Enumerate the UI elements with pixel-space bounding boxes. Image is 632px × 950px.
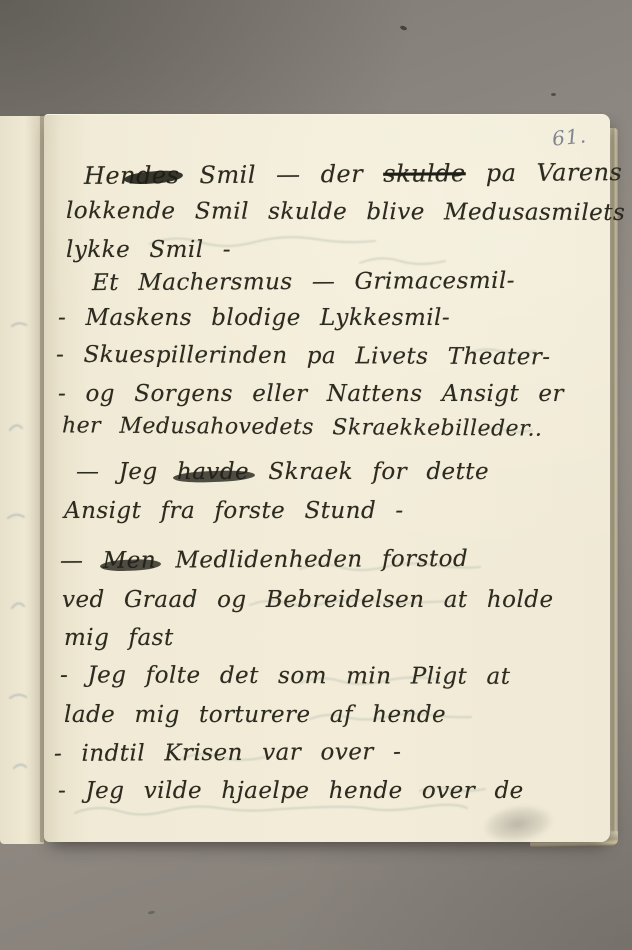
handwriting-segment: Skraek for dette xyxy=(249,459,489,485)
handwritten-line: lokkende Smil skulde blive Medusasmilets xyxy=(66,197,625,228)
handwritten-line: - Jeg vilde hjaelpe hende over de xyxy=(58,777,524,806)
handwritten-line: - indtil Krisen var over - xyxy=(54,738,401,769)
handwriting-segment-blotted: havde xyxy=(177,458,249,487)
facing-page-edge xyxy=(0,116,44,844)
handwriting-segment: her Medusahovedets Skraekkebilleder.. xyxy=(62,413,543,441)
page-number: 61. xyxy=(551,123,588,151)
handwriting-segment: - og Sorgens eller Nattens Ansigt er xyxy=(58,381,564,407)
handwriting-segment: ved Graad og Bebreidelsen at holde xyxy=(62,587,554,613)
handwriting-segment: - indtil Krisen var over - xyxy=(54,739,401,767)
handwriting-segment: lade mig torturere af hende xyxy=(64,702,446,728)
manuscript-page: 61. Hendes Smil — der skulde pa Varens l… xyxy=(44,114,610,842)
handwritten-line: lykke Smil - xyxy=(66,236,231,265)
handwritten-line: — Men Medlidenheden forstod xyxy=(60,545,468,576)
handwritten-line: Hendes Smil — der skulde pa Varens xyxy=(84,157,623,191)
felt-speck xyxy=(551,93,556,96)
handwritten-line: mig fast xyxy=(64,624,174,653)
handwriting-segment: lykke Smil - xyxy=(66,237,231,263)
handwritten-line: — Jeg havde Skraek for dette xyxy=(76,458,489,487)
handwriting-segment: Ansigt fra forste Stund - xyxy=(64,498,404,524)
handwriting-segment: mig fast xyxy=(64,625,174,651)
handwriting-segment: pa Varens xyxy=(466,158,623,187)
handwriting-segment: — Jeg xyxy=(76,459,177,485)
handwriting-segment: Medlidenheden forstod xyxy=(156,546,468,574)
handwriting-segment-blotted: Hendes xyxy=(84,160,180,191)
handwriting-segment: - Jeg vilde hjaelpe hende over de xyxy=(58,778,524,804)
handwriting-segment-blotted: Men xyxy=(103,547,157,576)
handwriting-segment: Smil — der xyxy=(179,160,383,189)
handwriting-segment: lokkende Smil skulde blive Medusasmilets xyxy=(66,198,625,226)
handwritten-line: her Medusahovedets Skraekkebilleder.. xyxy=(62,412,543,443)
handwritten-line: lade mig torturere af hende xyxy=(64,701,446,730)
handwritten-line: - Skuespillerinden pa Livets Theater- xyxy=(56,341,551,372)
handwritten-line: - Jeg folte det som min Pligt at xyxy=(60,661,511,691)
handwriting-segment-struck: skulde xyxy=(383,159,466,188)
handwritten-line: - og Sorgens eller Nattens Ansigt er xyxy=(58,380,564,409)
handwritten-line: Et Machersmus — Grimacesmil- xyxy=(92,267,515,298)
handwriting-segment: Et Machersmus — Grimacesmil- xyxy=(92,268,515,296)
handwriting-segment: — xyxy=(60,548,103,574)
felt-speck xyxy=(148,910,155,914)
handwritten-line: Ansigt fra forste Stund - xyxy=(64,497,404,526)
felt-speck xyxy=(400,25,408,31)
handwriting-segment: - Skuespillerinden pa Livets Theater- xyxy=(56,342,551,371)
handwritten-line: - Maskens blodige Lykkesmil- xyxy=(58,304,450,333)
handwriting-segment: - Maskens blodige Lykkesmil- xyxy=(58,305,450,331)
photo-scene: 61. Hendes Smil — der skulde pa Varens l… xyxy=(0,0,632,950)
handwriting-segment: - Jeg folte det som min Pligt at xyxy=(60,662,511,690)
handwritten-line: ved Graad og Bebreidelsen at holde xyxy=(62,586,554,615)
bleedthrough-marks-left xyxy=(0,116,44,844)
